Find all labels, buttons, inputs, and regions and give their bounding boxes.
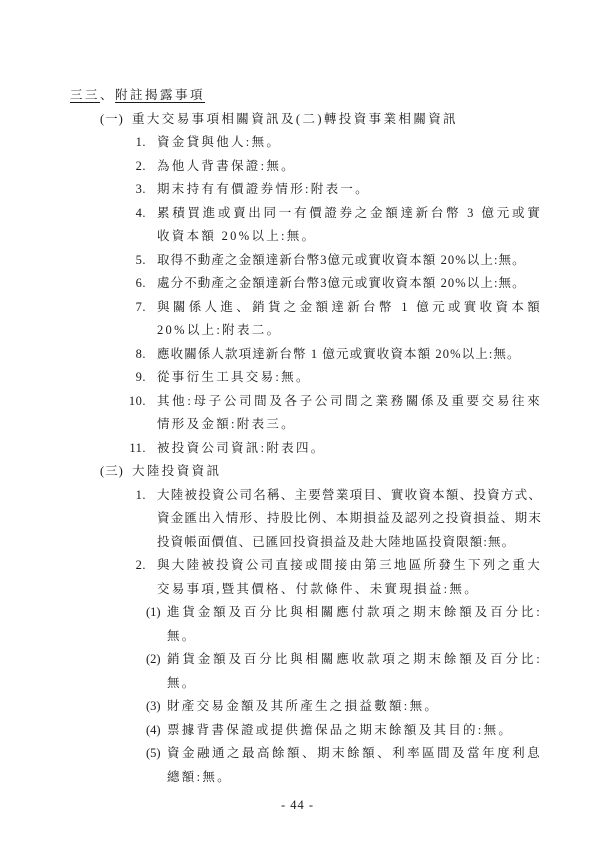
item-number: 11. <box>70 437 157 461</box>
list-item: 5. 取得不動產之金額達新台幣3億元或實收資本額 20%以上:無。 <box>70 249 542 273</box>
item-number: 5. <box>70 249 157 273</box>
document-page: 三三、附註揭露事項 (一) 重大交易事項相關資訊及(二)轉投資事業相關資訊 1.… <box>0 0 595 842</box>
section-major-transactions: (一) 重大交易事項相關資訊及(二)轉投資事業相關資訊 1. 資金貸與他人:無。… <box>70 108 542 461</box>
list-item: 1. 大陸被投資公司名稱、主要營業項目、實收資本額、投資方式、資金匯出入情形、持… <box>70 484 542 555</box>
page-content: 三三、附註揭露事項 (一) 重大交易事項相關資訊及(二)轉投資事業相關資訊 1.… <box>70 84 542 789</box>
item-text: 與大陸被投資公司直接或間接由第三地區所發生下列之重大交易事項,暨其價格、付款條件… <box>157 554 542 601</box>
section-label: (一) <box>100 108 132 132</box>
list-item: 1. 資金貸與他人:無。 <box>70 131 542 155</box>
list-item: 2. 與大陸被投資公司直接或間接由第三地區所發生下列之重大交易事項,暨其價格、付… <box>70 554 542 601</box>
page-number: - 44 - <box>0 798 595 813</box>
item-text: 從事衍生工具交易:無。 <box>157 366 542 390</box>
item-text: 為他人背書保證:無。 <box>157 155 542 179</box>
item-number: 4. <box>70 202 157 249</box>
item-number: 1. <box>70 484 157 555</box>
sub-list-item: (4) 票據背書保證或提供擔保品之期末餘額及其目的:無。 <box>146 719 542 743</box>
sub-list-item: (3) 財產交易金額及其所產生之損益數額:無。 <box>146 695 542 719</box>
item-number: 2. <box>70 155 157 179</box>
list-item: 10. 其他:母子公司間及各子公司間之業務關係及重要交易往來情形及金額:附表三。 <box>70 390 542 437</box>
section-heading: (三) 大陸投資資訊 <box>100 460 542 484</box>
heading-separator: 、 <box>100 88 115 102</box>
subitem-number: (4) <box>146 719 167 743</box>
item-number: 1. <box>70 131 157 155</box>
section-mainland-investment: (三) 大陸投資資訊 1. 大陸被投資公司名稱、主要營業項目、實收資本額、投資方… <box>70 460 542 789</box>
item-number: 6. <box>70 272 157 296</box>
heading-number: 三三 <box>70 88 100 102</box>
list-item: 4. 累積買進或賣出同一有價證券之金額達新台幣 3 億元或實收資本額 20%以上… <box>70 202 542 249</box>
subitem-number: (5) <box>146 742 167 789</box>
list-item: 8. 應收關係人款項達新台幣 1 億元或實收資本額 20%以上:無。 <box>70 343 542 367</box>
item-number: 10. <box>70 390 157 437</box>
item-text: 資金貸與他人:無。 <box>157 131 542 155</box>
section-label: (三) <box>100 460 132 484</box>
subitem-number: (3) <box>146 695 167 719</box>
item-text: 累積買進或賣出同一有價證券之金額達新台幣 3 億元或實收資本額 20%以上:無。 <box>157 202 542 249</box>
list-item: 2. 為他人背書保證:無。 <box>70 155 542 179</box>
item-text: 大陸被投資公司名稱、主要營業項目、實收資本額、投資方式、資金匯出入情形、持股比例… <box>157 484 542 555</box>
list-item: 7. 與關係人進、銷貨之金額達新台幣 1 億元或實收資本額 20%以上:附表二。 <box>70 296 542 343</box>
item-number: 3. <box>70 178 157 202</box>
section-heading: (一) 重大交易事項相關資訊及(二)轉投資事業相關資訊 <box>100 108 542 132</box>
page-title: 三三、附註揭露事項 <box>70 84 542 108</box>
item-number: 2. <box>70 554 157 601</box>
item-text: 處分不動產之金額達新台幣3億元或實收資本額 20%以上:無。 <box>157 272 542 296</box>
item-text: 被投資公司資訊:附表四。 <box>157 437 542 461</box>
section-title: 大陸投資資訊 <box>132 460 542 484</box>
subitem-number: (2) <box>146 648 167 695</box>
subitem-text: 財產交易金額及其所產生之損益數額:無。 <box>167 695 542 719</box>
item-text: 應收關係人款項達新台幣 1 億元或實收資本額 20%以上:無。 <box>157 343 542 367</box>
sub-list-item: (2) 銷貨金額及百分比與相關應收款項之期末餘額及百分比:無。 <box>146 648 542 695</box>
item-text: 期末持有有價證券情形:附表一。 <box>157 178 542 202</box>
item-text: 與關係人進、銷貨之金額達新台幣 1 億元或實收資本額 20%以上:附表二。 <box>157 296 542 343</box>
item-number: 9. <box>70 366 157 390</box>
item-number: 8. <box>70 343 157 367</box>
subitem-text: 進貨金額及百分比與相關應付款項之期末餘額及百分比:無。 <box>167 601 542 648</box>
sub-list-item: (1) 進貨金額及百分比與相關應付款項之期末餘額及百分比:無。 <box>146 601 542 648</box>
subitem-text: 銷貨金額及百分比與相關應收款項之期末餘額及百分比:無。 <box>167 648 542 695</box>
list-item: 3. 期末持有有價證券情形:附表一。 <box>70 178 542 202</box>
subitem-text: 資金融通之最高餘額、期末餘額、利率區間及當年度利息總額:無。 <box>167 742 542 789</box>
item-text: 其他:母子公司間及各子公司間之業務關係及重要交易往來情形及金額:附表三。 <box>157 390 542 437</box>
subitem-text: 票據背書保證或提供擔保品之期末餘額及其目的:無。 <box>167 719 542 743</box>
item-text: 取得不動產之金額達新台幣3億元或實收資本額 20%以上:無。 <box>157 249 542 273</box>
section-title: 重大交易事項相關資訊及(二)轉投資事業相關資訊 <box>132 108 542 132</box>
list-item: 6. 處分不動產之金額達新台幣3億元或實收資本額 20%以上:無。 <box>70 272 542 296</box>
item-number: 7. <box>70 296 157 343</box>
sub-list-item: (5) 資金融通之最高餘額、期末餘額、利率區間及當年度利息總額:無。 <box>146 742 542 789</box>
list-item: 11. 被投資公司資訊:附表四。 <box>70 437 542 461</box>
heading-title: 附註揭露事項 <box>115 88 205 102</box>
subitem-number: (1) <box>146 601 167 648</box>
list-item: 9. 從事衍生工具交易:無。 <box>70 366 542 390</box>
